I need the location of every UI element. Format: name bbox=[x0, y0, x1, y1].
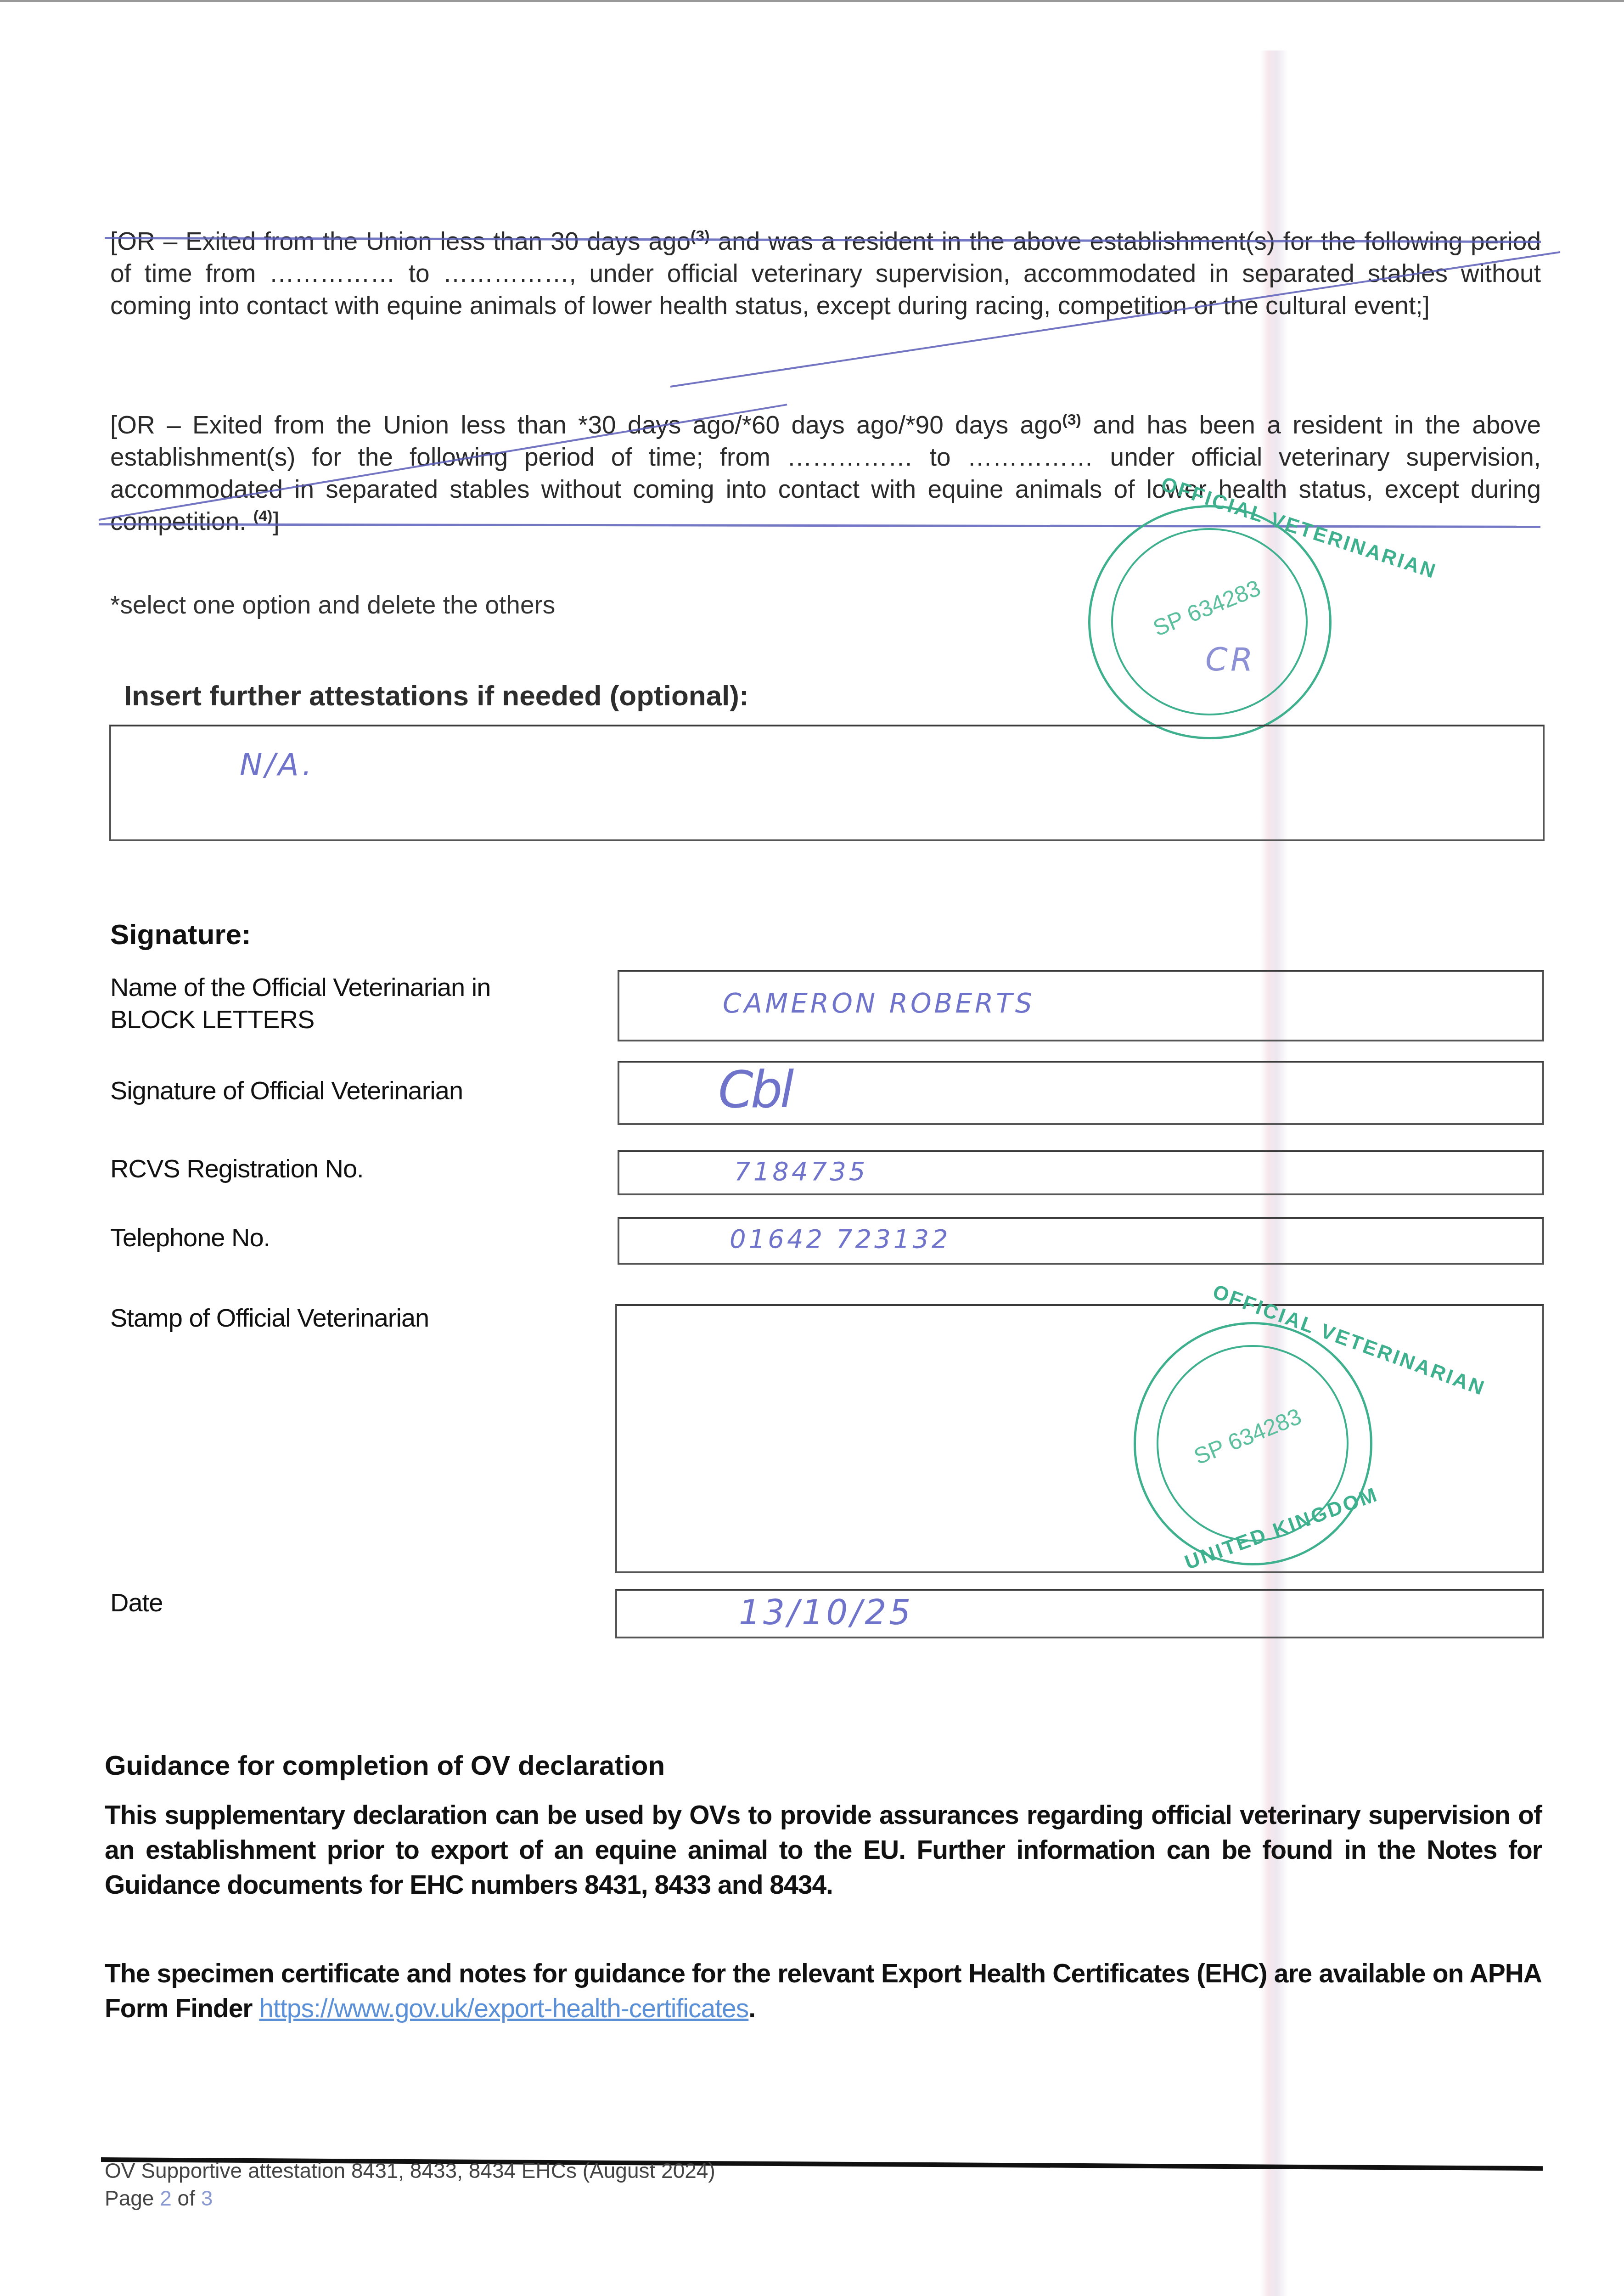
official-veterinarian-stamp: SP 634283 OFFICIAL VETERINARIAN UNITED K… bbox=[1134, 1322, 1372, 1565]
page-top-border bbox=[0, 0, 1624, 2]
ov-name-field[interactable]: CAMERON ROBERTS bbox=[618, 970, 1544, 1041]
further-attestations-value: N/A. bbox=[240, 747, 315, 782]
guidance-paragraph-2: The specimen certificate and notes for g… bbox=[105, 1956, 1542, 2026]
ov-stamp-field[interactable]: SP 634283 OFFICIAL VETERINARIAN UNITED K… bbox=[615, 1304, 1544, 1573]
ov-signature-field[interactable]: Cbl bbox=[618, 1061, 1544, 1125]
signature-heading: Signature: bbox=[110, 918, 251, 951]
telephone-field[interactable]: 01642 723132 bbox=[618, 1217, 1544, 1265]
telephone-value: 01642 723132 bbox=[730, 1224, 951, 1254]
stamp-initials: CR bbox=[1205, 641, 1256, 678]
date-value: 13/10/25 bbox=[739, 1593, 913, 1632]
label-telephone: Telephone No. bbox=[110, 1221, 270, 1254]
label-ov-name: Name of the Official Veterinarian in BLO… bbox=[110, 971, 569, 1035]
further-attestations-field[interactable]: N/A. bbox=[109, 725, 1545, 841]
ov-name-value: CAMERON ROBERTS bbox=[723, 988, 1035, 1019]
page-indicator: Page 2 of 3 bbox=[105, 2186, 213, 2211]
guidance-paragraph-1: This supplementary declaration can be us… bbox=[105, 1798, 1542, 1902]
label-ov-signature: Signature of Official Veterinarian bbox=[110, 1075, 463, 1107]
ov-signature-value: Cbl bbox=[718, 1060, 791, 1119]
label-date: Date bbox=[110, 1587, 163, 1619]
rcvs-number-value: 7184735 bbox=[734, 1157, 868, 1187]
select-option-note: *select one option and delete the others bbox=[110, 590, 555, 619]
export-health-certificates-link[interactable]: https://www.gov.uk/export-health-certifi… bbox=[259, 1994, 748, 2023]
date-field[interactable]: 13/10/25 bbox=[615, 1589, 1544, 1638]
guidance-heading: Guidance for completion of OV declaratio… bbox=[105, 1750, 665, 1781]
footer-title: OV Supportive attestation 8431, 8433, 84… bbox=[105, 2158, 715, 2183]
label-rcvs-number: RCVS Registration No. bbox=[110, 1153, 364, 1185]
option-paragraph-2: [OR – Exited from the Union less than *3… bbox=[110, 409, 1541, 537]
further-attestations-heading: Insert further attestations if needed (o… bbox=[124, 680, 749, 712]
rcvs-number-field[interactable]: 7184735 bbox=[618, 1150, 1544, 1195]
official-veterinarian-stamp-top: SP 634283 OFFICIAL VETERINARIAN CR bbox=[1088, 505, 1332, 739]
label-ov-stamp: Stamp of Official Veterinarian bbox=[110, 1302, 429, 1334]
